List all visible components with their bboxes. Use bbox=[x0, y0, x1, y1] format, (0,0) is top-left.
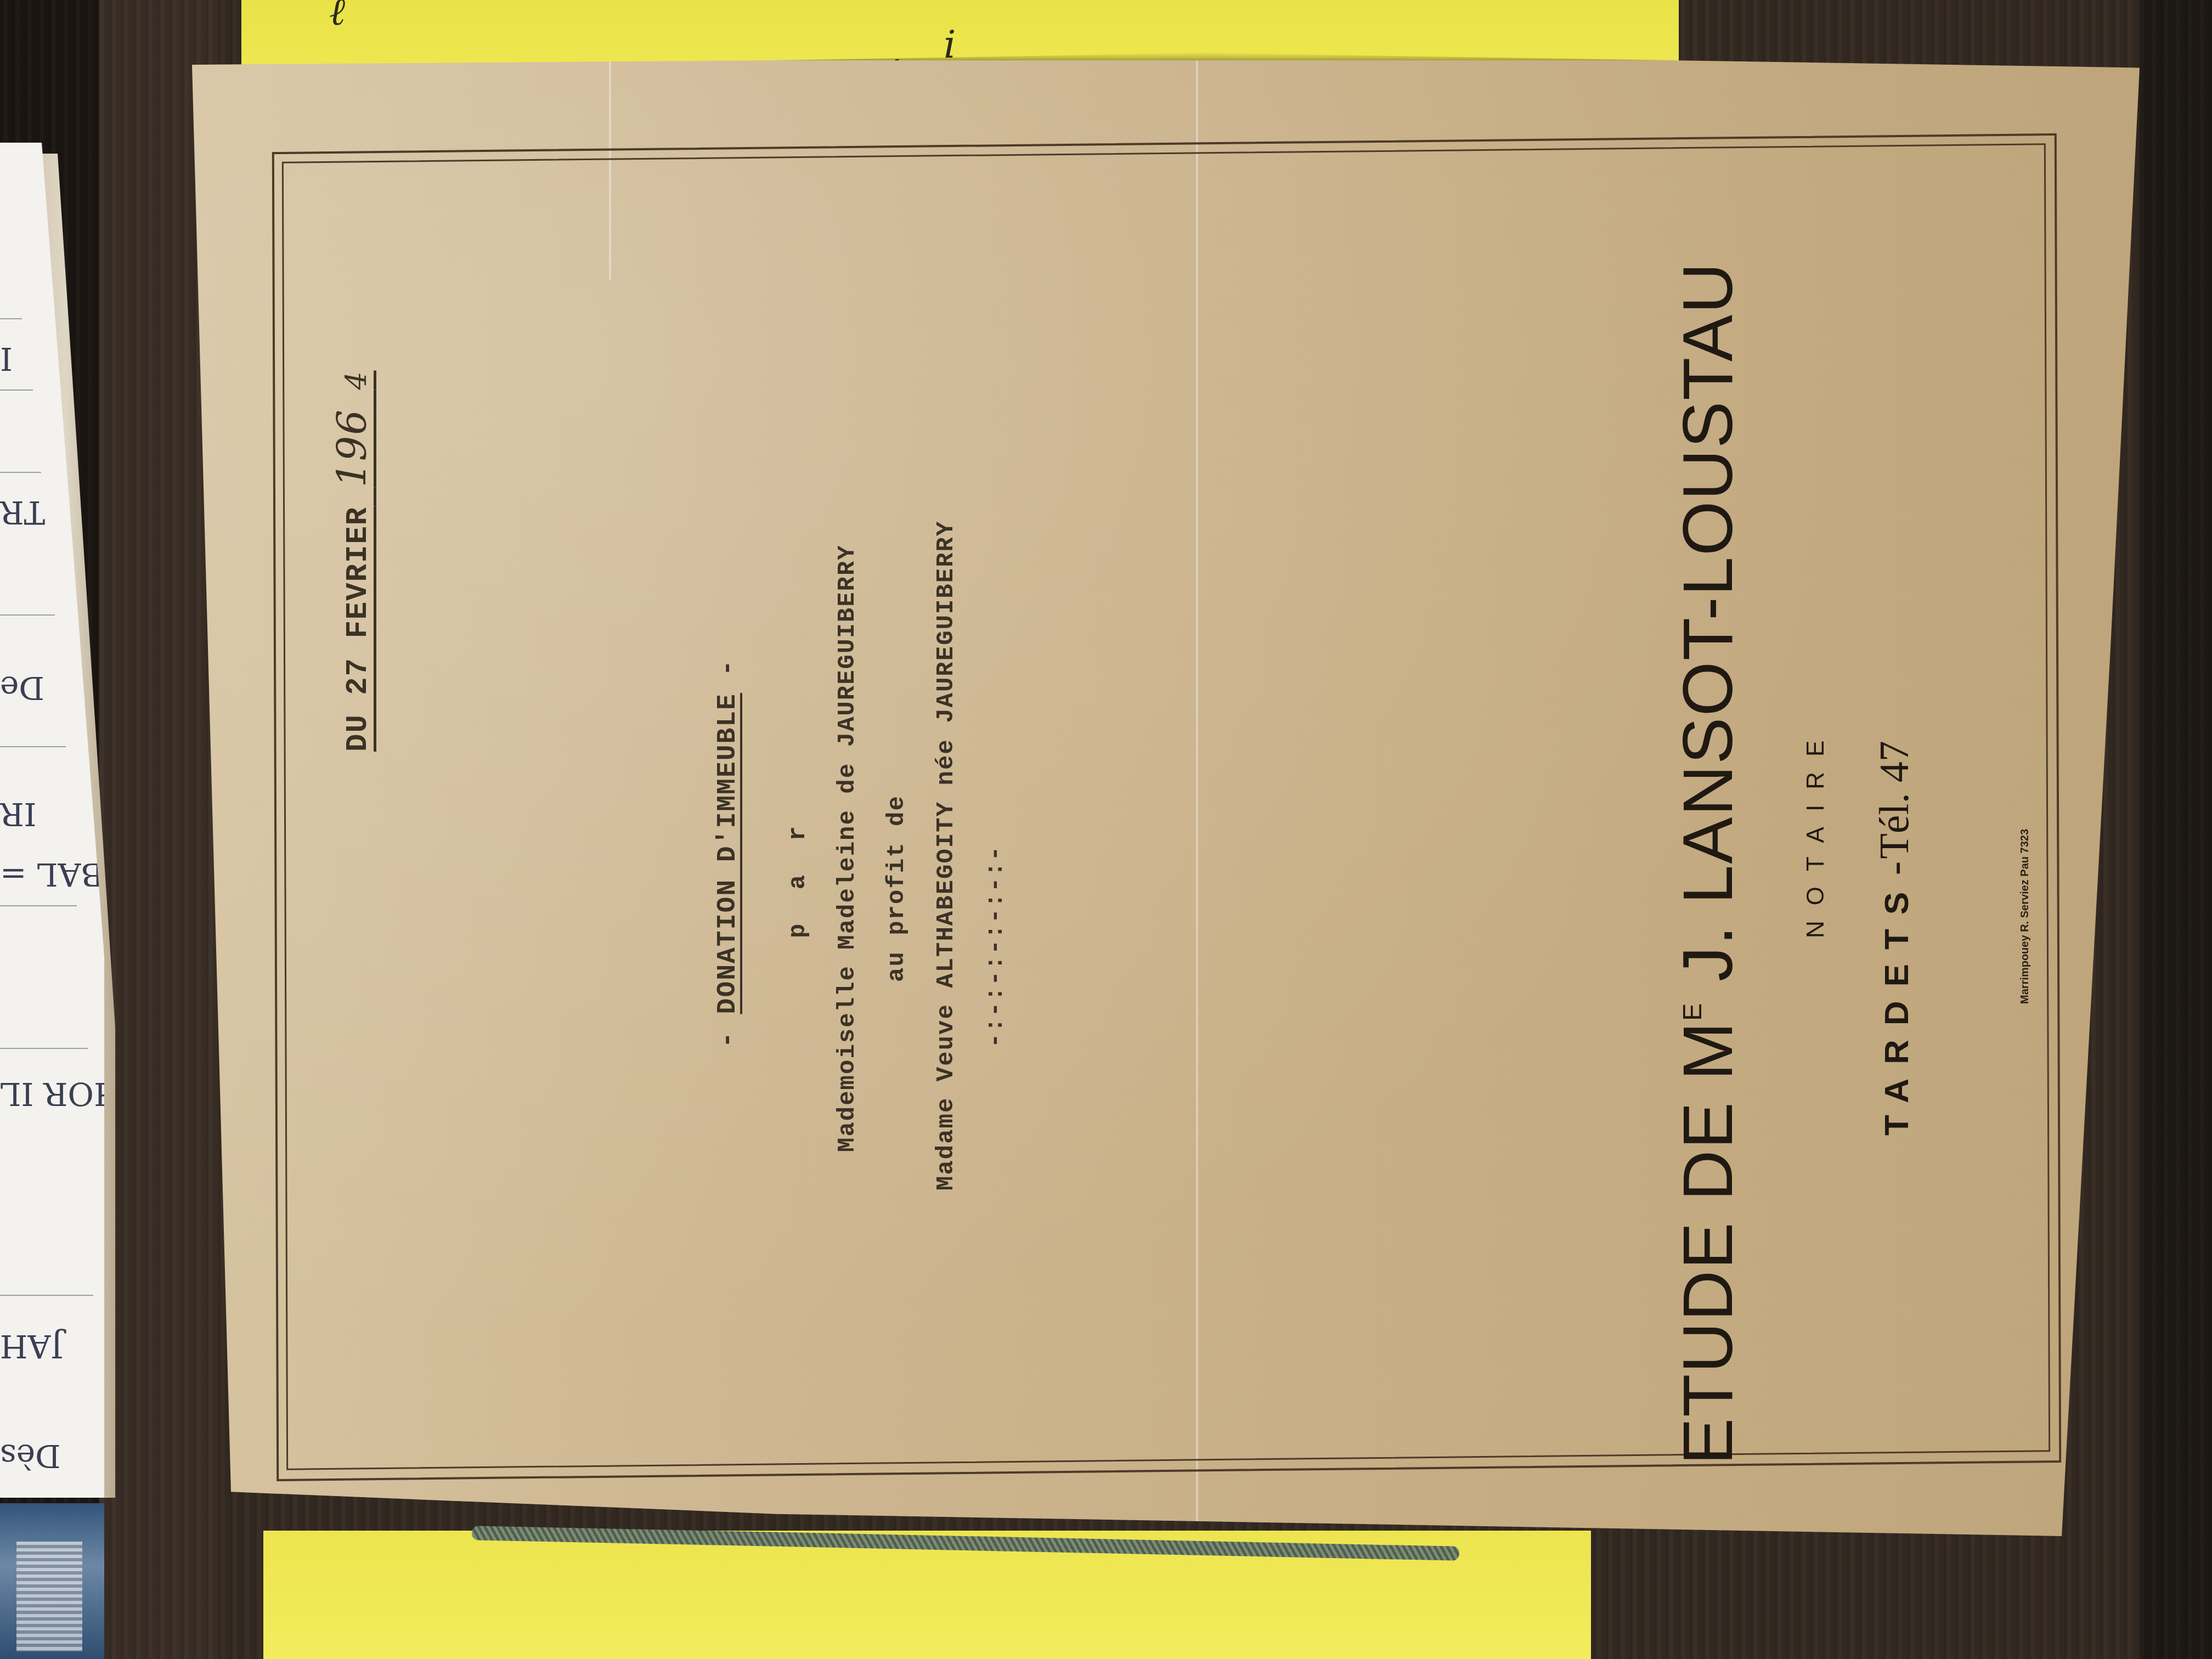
binder-spiral bbox=[16, 1542, 82, 1651]
note-line: JAH bbox=[0, 1328, 64, 1365]
note-line: Dès bbox=[0, 1437, 61, 1475]
note-line: TR bbox=[0, 494, 45, 531]
letterhead-etude: ETUDE DE ME J. LANSOT-LOUSTAU bbox=[1668, 262, 1748, 1465]
line-donor: Mademoiselle Madeleine de JAUREGUIBERRY bbox=[834, 544, 861, 1152]
deed-folder: DU 27 FEVRIER 196 4 - DONATION D'IMMEUBL… bbox=[192, 60, 2140, 1536]
town-phone: TARDETS - Tél. 47 bbox=[1871, 741, 1918, 1136]
notary-name: J. LANSOT-LOUSTAU bbox=[1669, 262, 1747, 981]
deed-title-row: - DONATION D'IMMEUBLE - bbox=[713, 659, 743, 1048]
line-au-profit-de: au profit de bbox=[883, 795, 911, 982]
note-line: IR bbox=[0, 795, 37, 833]
note-line: I bbox=[0, 340, 13, 377]
separator: -:-:-:-:-:-:- bbox=[982, 845, 1009, 1048]
note-line: De bbox=[0, 669, 44, 707]
line-recipient: Madame Veuve ALTHABEGOITY née JAUREGUIBE… bbox=[933, 521, 960, 1190]
line-par: p a r bbox=[785, 816, 812, 938]
printer-credit: Marrimpouey R. Serviez Pau 7323 bbox=[2019, 829, 2032, 1004]
deed-date: DU 27 FEVRIER 196 4 bbox=[329, 370, 375, 752]
handwriting: ℓ bbox=[329, 0, 345, 35]
deed-title: DONATION D'IMMEUBLE bbox=[713, 693, 743, 1014]
profession: NOTAIRE bbox=[1802, 725, 1830, 938]
double-border-inner bbox=[282, 143, 2050, 1470]
